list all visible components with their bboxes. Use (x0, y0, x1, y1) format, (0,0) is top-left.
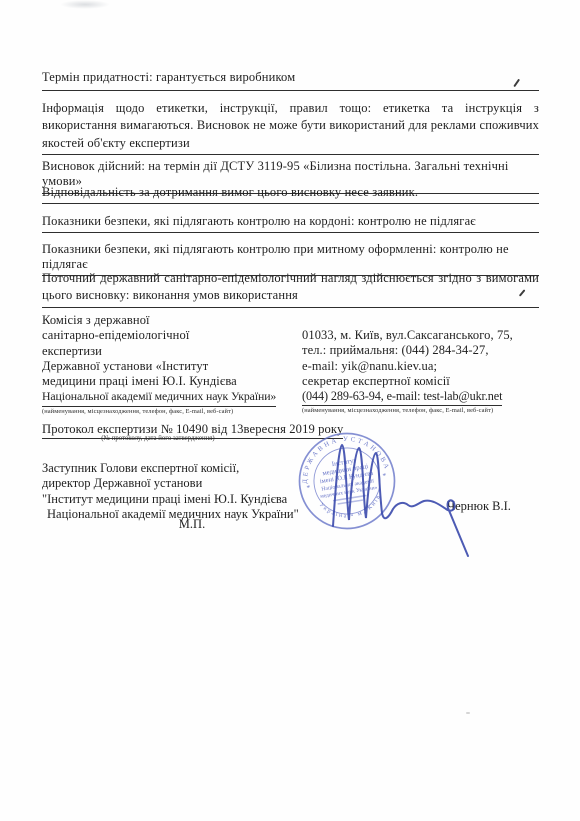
commission-name-line: медицини праці імені Ю.І. Кундієва (42, 374, 304, 389)
seal-place-mark: М.П. (42, 517, 342, 532)
commission-secretary-line: секретар експертної комісії (302, 374, 548, 389)
signatory-institution-line: "Інститут медицини праці імені Ю.І. Кунд… (42, 492, 299, 507)
field-border-control: Показники безпеки, які підлягають контро… (42, 214, 539, 233)
protocol-note: (№ протоколу, дата його затвердження) (42, 435, 274, 442)
signatory-block: Заступник Голови експертної комісії, дир… (42, 461, 299, 522)
commission-name-line: Державної установи «Інститут (42, 359, 304, 374)
commission-left-note: (найменування, місцезнаходження, телефон… (42, 408, 304, 416)
signatory-title-line: Заступник Голови експертної комісії, (42, 461, 299, 476)
scan-speck (466, 712, 470, 714)
commission-address-line: 01033, м. Київ, вул.Саксаганського, 75, (302, 328, 548, 343)
commission-phone-line: тел.: приймальня: (044) 284-34-27, (302, 343, 548, 358)
field-label-info: Інформація щодо етикетки, інструкції, пр… (42, 100, 539, 155)
field-responsibility: Відповідальність за дотримання вимог цьо… (42, 185, 539, 204)
commission-right-column: 01033, м. Київ, вул.Саксаганського, 75, … (302, 328, 548, 415)
commission-email-line: e-mail: yik@nanu.kiev.ua; (302, 359, 548, 374)
document-page: Термін придатності: гарантується виробни… (0, 0, 580, 821)
signatory-title-line: директор Державної установи (42, 476, 299, 491)
commission-contact-underlined: (044) 289-63-94, e-mail: test-lab@ukr.ne… (302, 389, 502, 406)
signature-scrawl (305, 428, 477, 570)
commission-name-underlined: Національної академії медичних наук Укра… (42, 389, 276, 406)
field-shelf-life: Термін придатності: гарантується виробни… (42, 70, 539, 91)
commission-right-note: (найменування, місцезнаходження, телефон… (302, 407, 548, 415)
field-current-supervision: Поточний державний санітарно-епідеміолог… (42, 270, 539, 308)
commission-name-line: експертизи (42, 344, 304, 359)
commission-name-line: Комісія з державної (42, 313, 304, 328)
scan-smudge (60, 0, 110, 9)
commission-left-column: Комісія з державної санітарно-епідеміоло… (42, 313, 304, 416)
commission-name-line: санітарно-епідеміологічної (42, 328, 304, 343)
